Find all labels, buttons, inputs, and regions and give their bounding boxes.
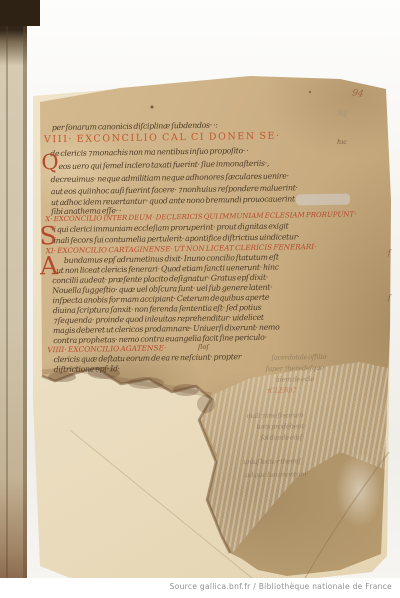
text-line: ut adhoc idem reuertantur· quod ante non… (51, 195, 295, 207)
edge-mark-f: f (388, 250, 391, 257)
text-line: decreuimus· neque admilitiam neque adhon… (51, 172, 289, 184)
faint-line: loris prodebent· (256, 423, 305, 431)
text-block: per ſonarum canonicis diſciplinæ ſubdend… (0, 0, 400, 598)
faint-line: uniuſ lecto r themiſ (243, 458, 301, 466)
text-line: clericis quæ deſtatu eorum de ea re neſc… (53, 353, 241, 364)
text-line: eos uero qui ſemel inclero taxati fuerin… (58, 160, 269, 171)
text-line: de clericis ⁊ monachis non ma nentibus i… (50, 147, 248, 158)
folio-number-ink: 94 (351, 89, 364, 100)
text-line: per ſonarum canonicis diſciplinæ ſubdend… (52, 122, 218, 132)
faint-line: mali ⁊ imo ſi eorum (246, 412, 303, 420)
faint-rubric-line: ⁊ CLERIC (266, 387, 296, 394)
attribution-bar: Source gallica.bnf.fr / Bibliothèque nat… (0, 578, 400, 598)
rubric-line: VIII· EXCONCILIO CAL CI DONEN SE· (44, 132, 281, 145)
rubric-line: VIIII· EXCONCILIO AGATENSE· (47, 344, 166, 353)
faint-line: idem de ecle (276, 376, 314, 383)
faint-line: ſuper ⁊ heredeſque (266, 365, 324, 373)
folio-number-pencil: 94 (336, 109, 347, 119)
faint-line: ſol dos de eiuſ· (261, 434, 304, 441)
margin-note-hic: hıc (337, 139, 347, 146)
margin-note-item: ſloſ (198, 344, 209, 351)
initial-q: Q (41, 152, 59, 173)
manuscript-photo: per ſonarum canonicis diſciplinæ ſubdend… (0, 0, 400, 598)
faint-line: ad que Iuramentum· (245, 471, 308, 479)
faint-line: ſacerdotale offitio (271, 354, 326, 362)
edge-mark-s: ſ (388, 295, 391, 302)
text-line: diſtrictione epſ· Id· (54, 365, 120, 374)
attribution-text: Source gallica.bnf.fr / Bibliothèque nat… (170, 582, 392, 591)
